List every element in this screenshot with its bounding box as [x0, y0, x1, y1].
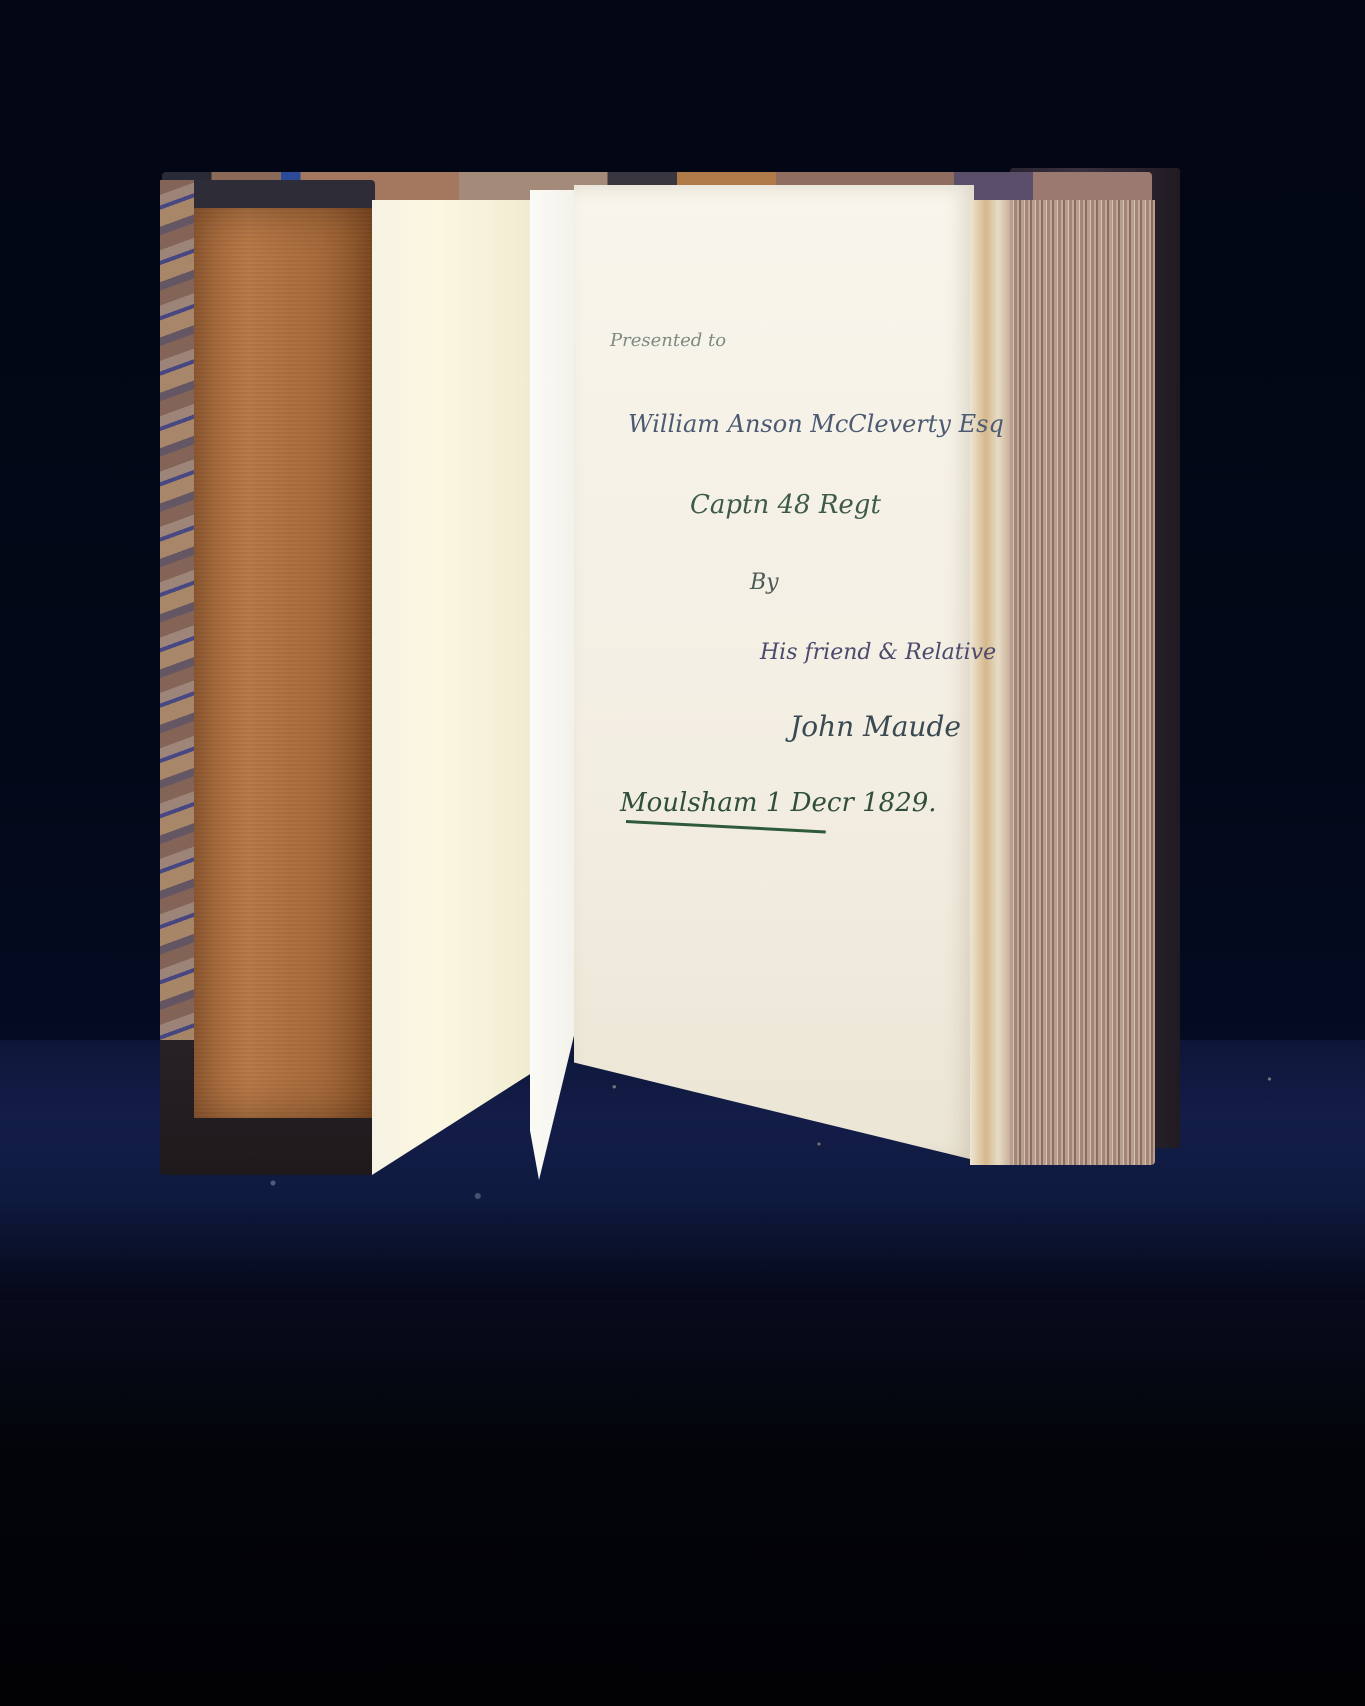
inscription-signature: John Maude — [790, 710, 961, 743]
photo-scene: Presented to William Anson McCleverty Es… — [0, 0, 1365, 1706]
inscription-line: Presented to — [610, 330, 726, 351]
brown-pastedown-paper — [194, 208, 374, 1118]
flyleaf-page-2 — [530, 190, 575, 1180]
inscription-line: By — [750, 570, 779, 595]
inscription-line: His friend & Relative — [760, 640, 996, 665]
inscription-line: William Anson McCleverty Esq — [628, 410, 1004, 438]
page-block-inner-edge — [970, 200, 1010, 1165]
flyleaf-page — [372, 200, 540, 1175]
dark-foreground — [0, 1300, 1365, 1706]
inscription-date: Moulsham 1 Decr 1829. — [620, 788, 937, 818]
marbled-board — [160, 180, 194, 1040]
inscription-line: Captn 48 Regt — [690, 490, 881, 520]
